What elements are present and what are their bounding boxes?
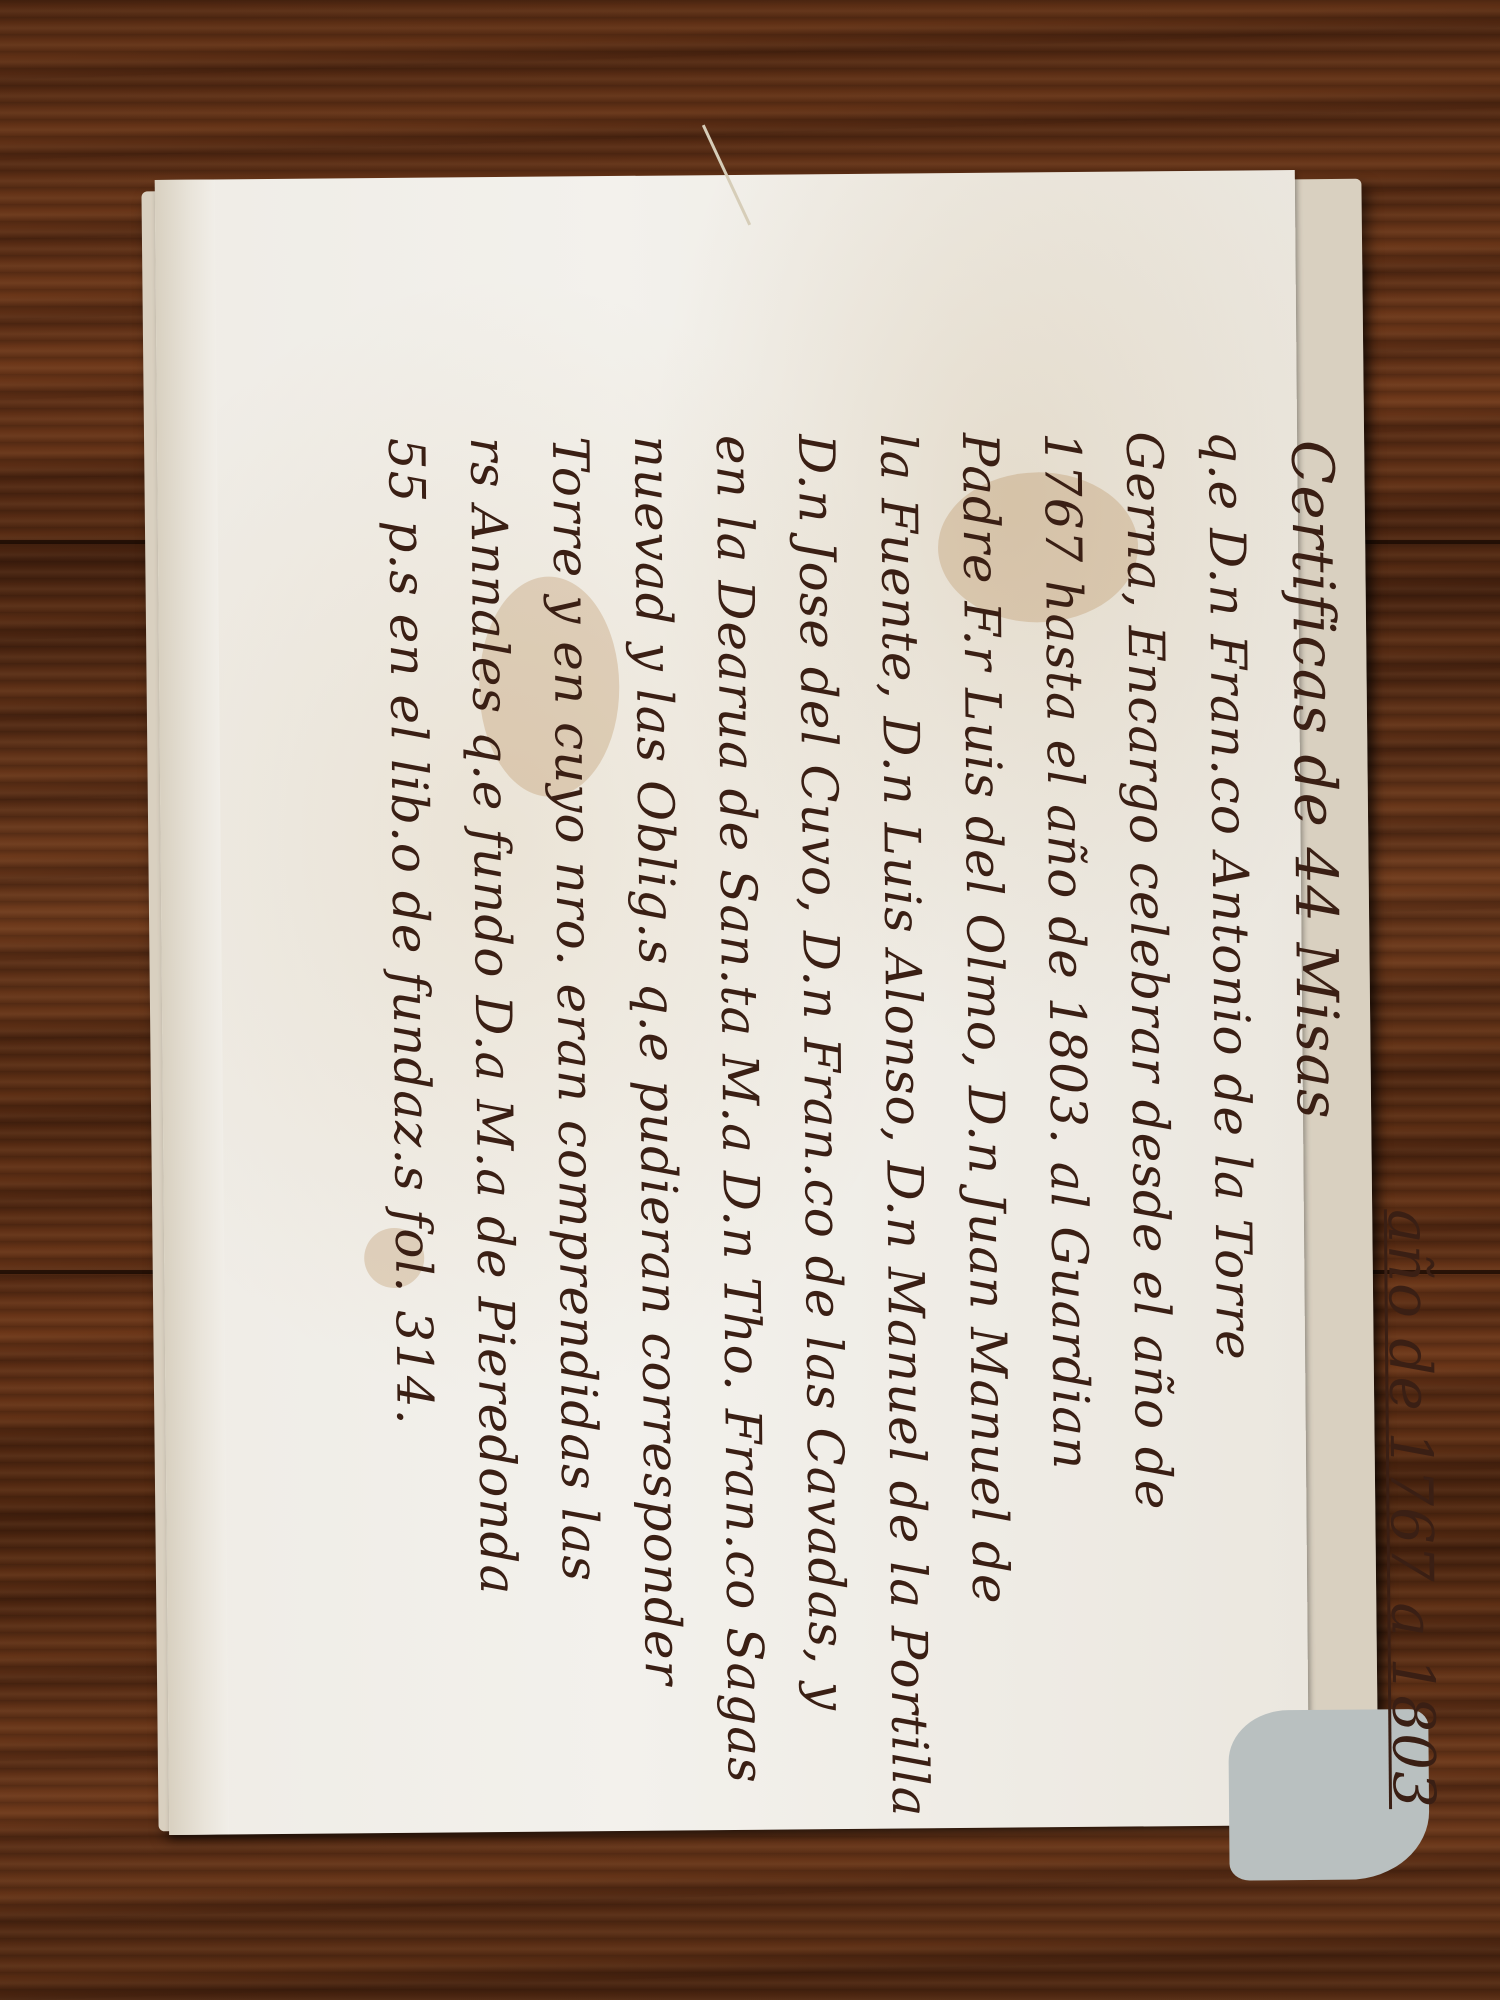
header-date-range: año de 1767 a 1803 bbox=[1357, 429, 1460, 1930]
text-line: 1767 hasta el año de 1803. al Guardian bbox=[1021, 432, 1116, 1933]
manuscript-page: año de 1767 a 1803 Certificas de 44 Misa… bbox=[155, 170, 1309, 1835]
text-line: Gerna, Encargo celebrar desde el año de bbox=[1103, 431, 1198, 1932]
text-line: la Fuente, D.n Luis Alonso, D.n Manuel d… bbox=[857, 433, 952, 1934]
handwritten-text: año de 1767 a 1803 Certificas de 44 Misa… bbox=[365, 429, 1460, 1938]
text-line: 55 p.s en el lib.o de fundaz.s fol. 314. bbox=[365, 437, 460, 1938]
text-line: nuevad y las Oblig.s q.e pudieran corres… bbox=[611, 435, 706, 1936]
text-line: q.e D.n Fran.co Antonio de la Torre bbox=[1185, 430, 1280, 1931]
text-line: D.n Jose del Cuvo, D.n Fran.co de las Ca… bbox=[775, 434, 870, 1935]
text-line: en la Dearua de San.ta M.a D.n Tho. Fran… bbox=[693, 435, 788, 1936]
text-line: Torre y en cuyo nro. eran comprendidas l… bbox=[529, 436, 624, 1937]
text-line: rs Annales q.e fundo D.a M.a de Pieredon… bbox=[447, 437, 542, 1938]
text-line: Padre F.r Luis del Olmo, D.n Juan Manuel… bbox=[939, 432, 1034, 1933]
header-title: Certificas de 44 Misas bbox=[1267, 430, 1370, 1931]
